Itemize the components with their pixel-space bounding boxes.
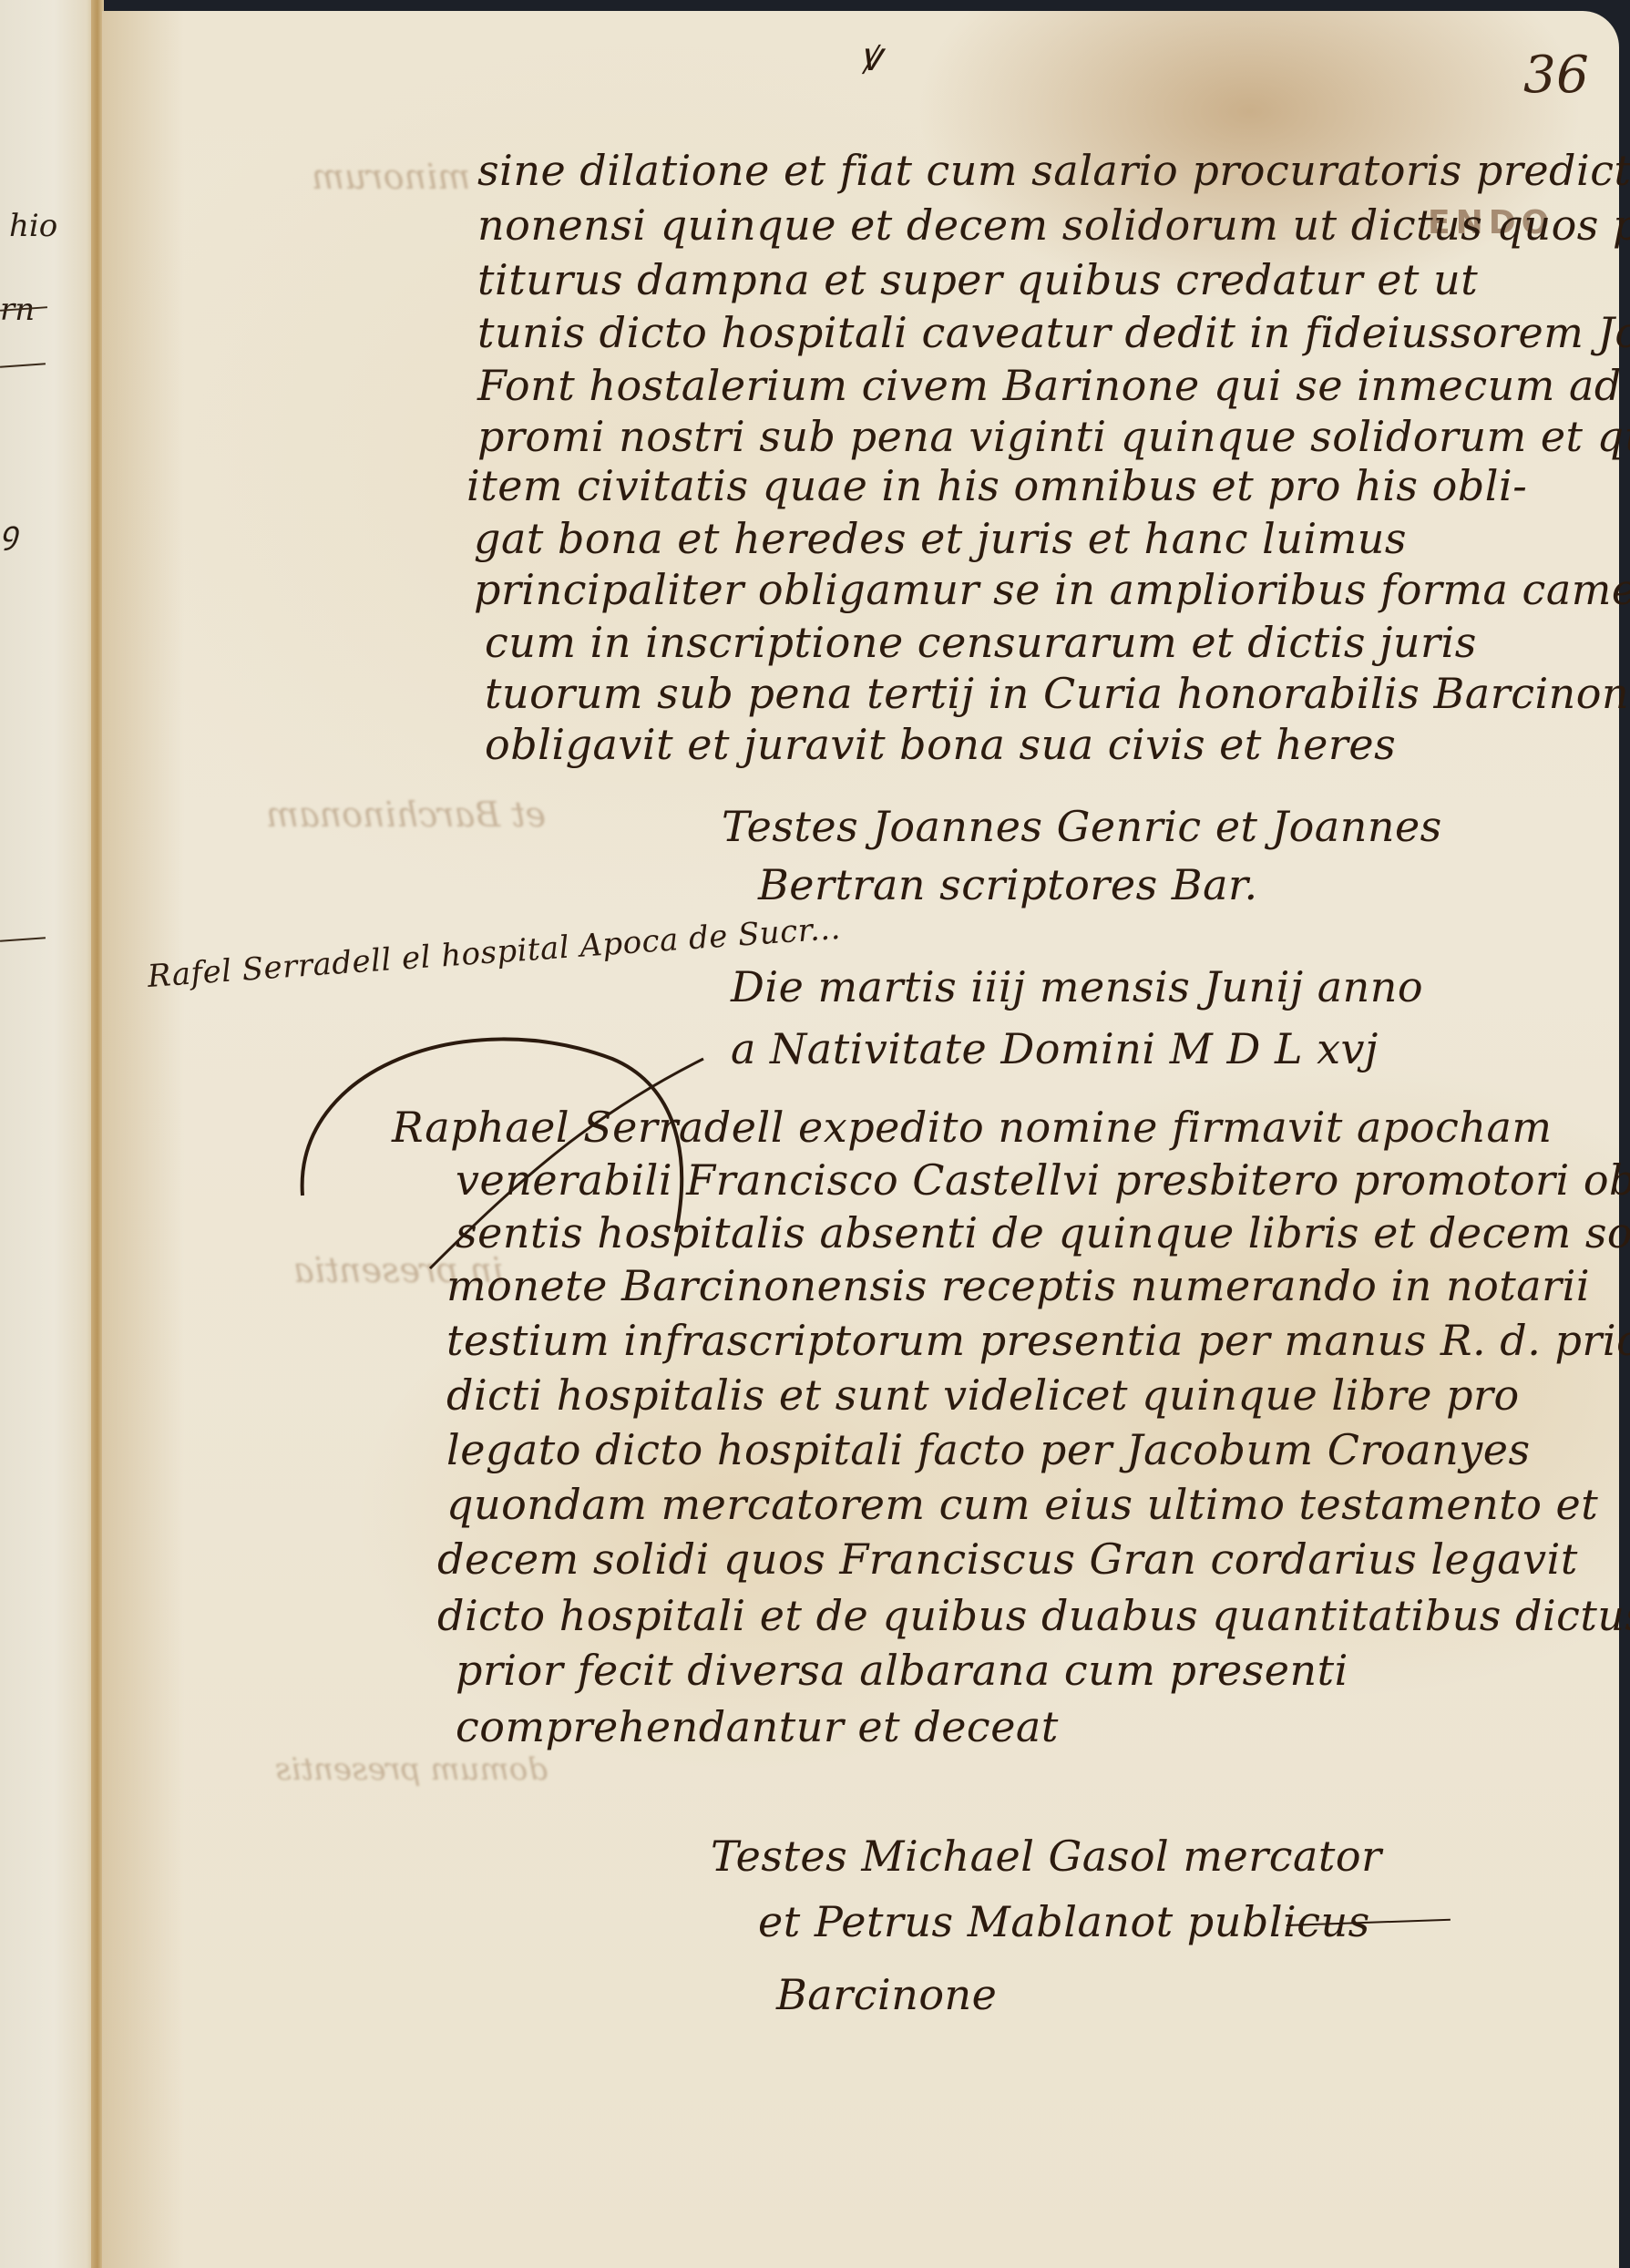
text-line: comprehendantur et deceat (456, 1702, 1059, 1751)
manuscript-folio: minorum et Barchinonam in presentia domu… (102, 11, 1619, 2268)
left-page-fragment: hio (9, 208, 57, 244)
header-mark: ꝟ (860, 27, 881, 82)
bleed-through-text: et Barchinonam (266, 795, 546, 835)
text-line: dicto hospitali et de quibus duabus quan… (437, 1591, 1630, 1640)
text-line: venerabili Francisco Castellvi presbiter… (456, 1155, 1630, 1205)
text-line: prior fecit diversa albarana cum present… (456, 1646, 1348, 1695)
left-page-rule (0, 937, 46, 941)
witness-line: Testes Joannes Genric et Joannes (722, 802, 1442, 851)
witness-line: Testes Michael Gasol mercator (711, 1832, 1382, 1881)
text-line: sentis hospitalis absenti de quinque lib… (456, 1208, 1630, 1257)
text-line: gat bona et heredes et juris et hanc lui… (474, 514, 1407, 563)
left-page-rule (0, 363, 46, 367)
text-line: obligavit et juravit bona sua civis et h… (485, 720, 1396, 769)
text-line: titurus dampna et super quibus credatur … (477, 255, 1478, 304)
text-line: testium infrascriptorum presentia per ma… (446, 1316, 1630, 1365)
witness-line: Barcinone (776, 1970, 997, 2019)
previous-page-edge: ꝯ hio rn (0, 0, 98, 2268)
folio-number: 36 (1523, 46, 1589, 105)
text-line: decem solidi quos Franciscus Gran cordar… (437, 1534, 1578, 1584)
text-line: principaliter obligamur se in amplioribu… (474, 565, 1630, 614)
text-line: dicti hospitalis et sunt videlicet quinq… (446, 1370, 1520, 1420)
witness-line: Bertran scriptores Bar. (758, 860, 1258, 909)
text-line: Font hostalerium civem Barinone qui se i… (477, 361, 1630, 410)
text-line: sine dilatione et fiat cum salario procu… (477, 146, 1630, 195)
date-line: Die martis iiij mensis Junij anno (731, 962, 1423, 1011)
left-page-fragment: ꝯ (0, 510, 18, 552)
text-line: item civitatis quae in his omnibus et pr… (466, 461, 1527, 510)
bleed-through-text: minorum (312, 157, 470, 197)
text-line: quondam mercatorem cum eius ultimo testa… (446, 1480, 1598, 1529)
text-line: monete Barcinonensis receptis numerando … (446, 1261, 1590, 1310)
text-line: tunis dicto hospitali caveatur dedit in … (477, 308, 1630, 357)
text-line: cum in inscriptione censurarum et dictis… (485, 618, 1477, 667)
witness-line: et Petrus Mablanot publicus (758, 1897, 1370, 1946)
text-line: nonensi quinque et decem solidorum ut di… (477, 200, 1630, 250)
text-line: promi nostri sub pena viginti quinque so… (477, 412, 1630, 461)
text-line: Raphael Serradell expedito nomine firmav… (392, 1103, 1553, 1152)
text-line: legato dicto hospitali facto per Jacobum… (446, 1425, 1531, 1474)
text-line: tuorum sub pena tertij in Curia honorabi… (485, 669, 1630, 718)
bleed-through-text: domum presentis (275, 1751, 548, 1788)
